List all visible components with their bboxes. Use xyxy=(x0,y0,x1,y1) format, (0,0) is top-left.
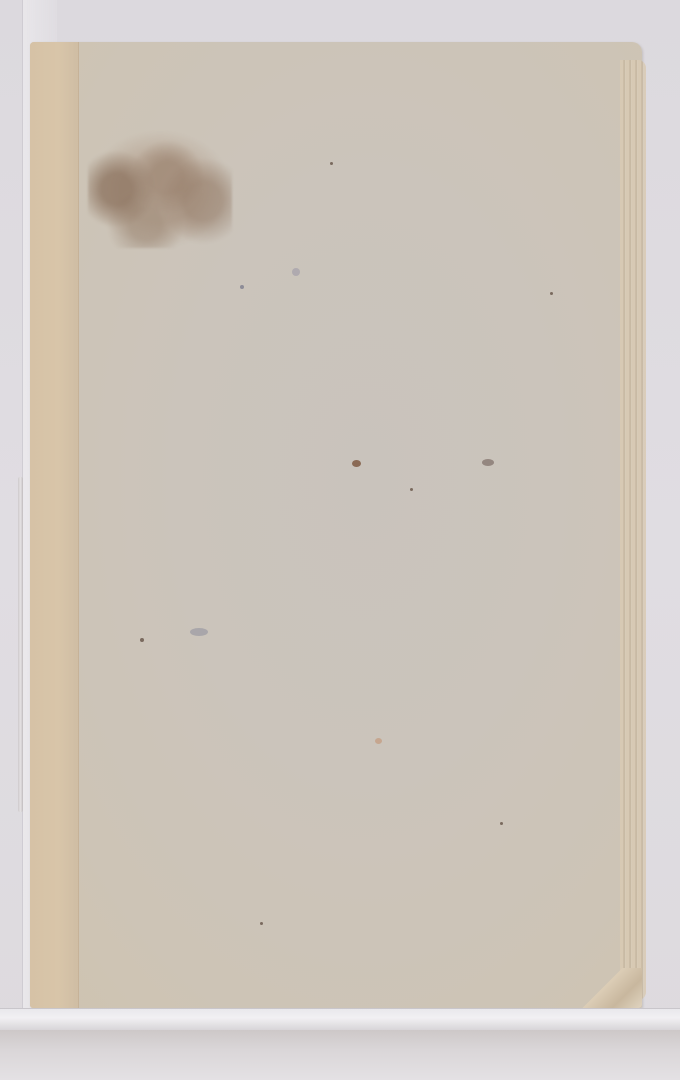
cover-speck xyxy=(550,292,553,295)
acrylic-stand-ledge xyxy=(0,1008,680,1031)
photo-scene xyxy=(0,0,680,1080)
cover-speck xyxy=(292,268,300,276)
cover-speck xyxy=(482,459,494,466)
cover-speck xyxy=(375,738,382,744)
cover-speck xyxy=(260,922,263,925)
cover-speck xyxy=(330,162,333,165)
frayed-page-edges xyxy=(620,60,646,1000)
torn-corner xyxy=(582,968,642,1008)
cover-speck xyxy=(140,638,144,642)
cover-stain xyxy=(88,130,232,248)
cover-speck xyxy=(410,488,413,491)
acrylic-stand-edge xyxy=(18,477,23,812)
cover-speck xyxy=(240,285,244,289)
cover-speck xyxy=(190,628,208,636)
book-cover xyxy=(30,42,642,1008)
cover-speck xyxy=(352,460,361,467)
cover-speck xyxy=(500,822,503,825)
book-spine-strip xyxy=(30,42,79,1008)
stand-shadow xyxy=(0,1030,680,1080)
